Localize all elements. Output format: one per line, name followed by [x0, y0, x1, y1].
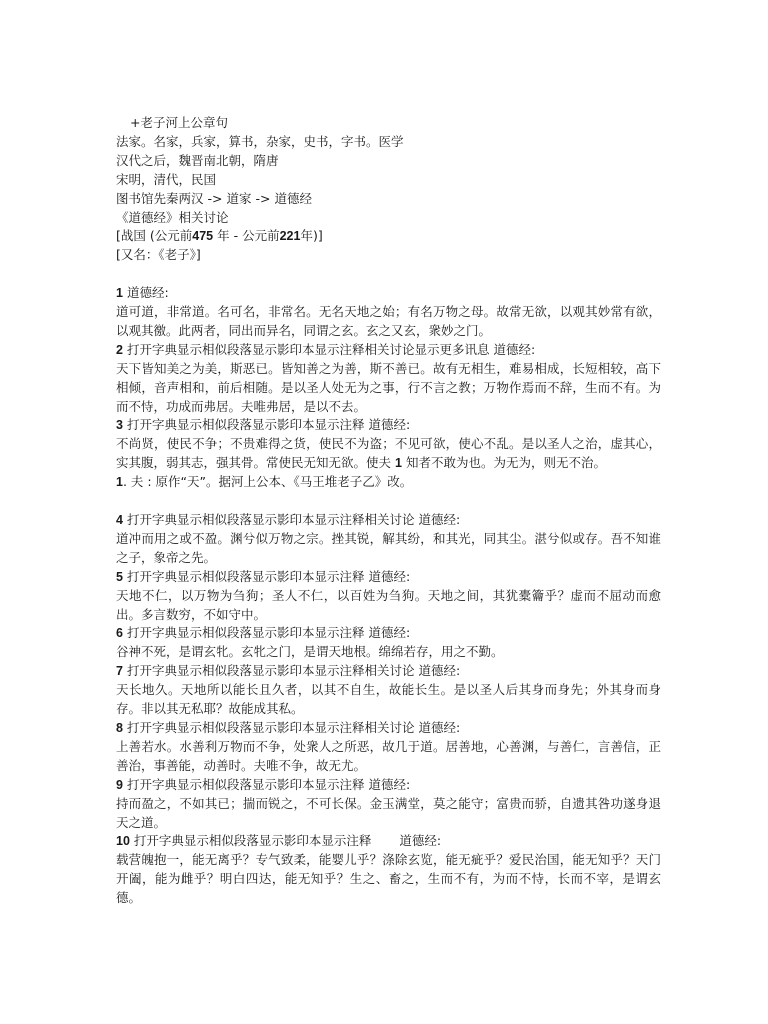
chapter-header: 2 打开字典显示相似段落显示影印本显示注释相关讨论显示更多讯息 道德经:	[116, 341, 661, 360]
chapter-text: 谷神不死，是谓玄牝。玄牝之门，是谓天地根。绵绵若存，用之不勤。	[116, 643, 661, 662]
breadcrumb: 图书馆先秦两汉 -> 道家 -> 道德经	[116, 190, 661, 209]
chapter-source: 道德经:	[368, 569, 410, 584]
period-mid: 年 - 公元前	[217, 228, 279, 243]
period-start-year: 475	[192, 229, 213, 243]
chapter-number: 7	[116, 664, 123, 678]
chapter-source: 道德经:	[368, 777, 410, 792]
footnote-ref[interactable]: 1	[395, 456, 402, 470]
breadcrumb-level1[interactable]: 道家	[226, 191, 251, 206]
breadcrumb-level2[interactable]: 道德经	[274, 191, 312, 206]
chapter-text: 载营魄抱一，能无离乎？专气致柔，能婴儿乎？涤除玄览，能无疵乎？爱民治国，能无知乎…	[116, 851, 661, 908]
alias-info: [又名：《老子》]	[116, 246, 661, 265]
breadcrumb-arrow-icon: ->	[208, 191, 223, 206]
chapter-number: 8	[116, 721, 123, 735]
breadcrumb-arrow-icon: ->	[255, 191, 270, 206]
spacer	[116, 265, 661, 284]
chapter-source: 道德经:	[368, 625, 410, 640]
period-end-year: 221	[280, 229, 301, 243]
chapter-header: 3 打开字典显示相似段落显示影印本显示注释 道德经:	[116, 416, 661, 435]
chapter-text: 不尚贤，使民不争；不贵难得之货，使民不为盗；不见可欲，使心不乱。是以圣人之治，虚…	[116, 435, 661, 473]
chapter-source: 道德经:	[418, 720, 460, 735]
chapter-actions[interactable]: 打开字典显示相似段落显示影印本显示注释相关讨论	[127, 663, 415, 678]
chapter-actions[interactable]: 打开字典显示相似段落显示影印本显示注释	[127, 417, 365, 432]
chapter-number: 6	[116, 626, 123, 640]
spacer	[116, 492, 661, 511]
chapter-header: 1 道德经:	[116, 284, 661, 303]
chapter-text: 道冲而用之或不盈。渊兮似万物之宗。挫其锐，解其纷，和其光，同其尘。湛兮似或存。吾…	[116, 530, 661, 568]
chapter-number: 10	[116, 834, 130, 848]
chapter-text: 道可道，非常道。名可名，非常名。无名天地之始；有名万物之母。故常无欲，以观其妙常…	[116, 303, 661, 341]
footnote: 1. 夫 : 原作“天”。据河上公本、《马王堆老子乙》改。	[116, 473, 661, 492]
chapter-header: 6 打开字典显示相似段落显示影印本显示注释 道德经:	[116, 624, 661, 643]
chapter-text: 天长地久。天地所以能长且久者，以其不自生，故能长生。是以圣人后其身而身先；外其身…	[116, 681, 661, 719]
chapter-actions[interactable]: 打开字典显示相似段落显示影印本显示注释	[127, 777, 365, 792]
chapter-number: 2	[116, 343, 123, 357]
chapter-actions[interactable]: 打开字典显示相似段落显示影印本显示注释	[134, 833, 372, 848]
chapter-actions[interactable]: 打开字典显示相似段落显示影印本显示注释相关讨论	[127, 720, 415, 735]
chapter-actions[interactable]: 打开字典显示相似段落显示影印本显示注释	[127, 625, 365, 640]
footnote-text: . 夫 : 原作“天”。据河上公本、《马王堆老子乙》改。	[123, 474, 412, 489]
chapter-source: 道德经:	[493, 342, 535, 357]
chapter-header: 8 打开字典显示相似段落显示影印本显示注释相关讨论 道德经:	[116, 719, 661, 738]
discussion-link[interactable]: 《道德经》相关讨论	[116, 209, 661, 228]
period-open: (公元前	[150, 228, 192, 243]
book-title: +老子河上公章句	[116, 114, 661, 133]
chapter-text: 上善若水。水善利万物而不争，处衆人之所恶，故几于道。居善地，心善渊，与善仁，言善…	[116, 738, 661, 776]
chapter-actions[interactable]: 打开字典显示相似段落显示影印本显示注释	[127, 569, 365, 584]
chapter-source: 道德经:	[368, 417, 410, 432]
document-page: +老子河上公章句 法家。名家，兵家，算书，杂家，史书，字书。医学 汉代之后，魏晋…	[116, 114, 661, 908]
category-links[interactable]: 法家。名家，兵家，算书，杂家，史书，字书。医学	[116, 133, 661, 152]
chapter-source: 道德经:	[399, 833, 441, 848]
chapter-text-part: 知者不敢为也。为无为，则无不治。	[406, 455, 606, 470]
chapter-number: 3	[116, 418, 123, 432]
chapter-source: 道德经:	[127, 285, 169, 300]
chapter-header: 7 打开字典显示相似段落显示影印本显示注释相关讨论 道德经:	[116, 662, 661, 681]
chapter-actions[interactable]: 打开字典显示相似段落显示影印本显示注释相关讨论	[127, 512, 415, 527]
chapter-header: 4 打开字典显示相似段落显示影印本显示注释相关讨论 道德经:	[116, 511, 661, 530]
chapter-text: 持而盈之，不如其已；揣而锐之，不可长保。金玉满堂，莫之能守；富贵而骄，自遗其咎功…	[116, 795, 661, 833]
chapter-text: 天下皆知美之为美，斯恶已。皆知善之为善，斯不善已。故有无相生，难易相成，长短相较…	[116, 360, 661, 417]
footnote-number: 1	[116, 475, 123, 489]
era-links-2[interactable]: 宋明，清代，民国	[116, 171, 661, 190]
chapter-header: 10 打开字典显示相似段落显示影印本显示注释 道德经:	[116, 832, 661, 851]
chapter-header: 9 打开字典显示相似段落显示影印本显示注释 道德经:	[116, 776, 661, 795]
era-links-1[interactable]: 汉代之后，魏晋南北朝，隋唐	[116, 152, 661, 171]
chapter-number: 4	[116, 513, 123, 527]
chapter-header: 5 打开字典显示相似段落显示影印本显示注释 道德经:	[116, 568, 661, 587]
breadcrumb-root[interactable]: 图书馆先秦两汉	[116, 191, 204, 206]
period-prefix: [战国	[116, 228, 146, 243]
chapter-number: 1	[116, 286, 123, 300]
period-close: 年)]	[300, 228, 322, 243]
chapter-number: 5	[116, 570, 123, 584]
period-info: [战国 (公元前475 年 - 公元前221年)]	[116, 227, 661, 246]
chapter-text: 天地不仁，以万物为刍狗；圣人不仁，以百姓为刍狗。天地之间，其犹橐籥乎？虚而不屈动…	[116, 587, 661, 625]
chapter-source: 道德经:	[418, 663, 460, 678]
chapter-number: 9	[116, 778, 123, 792]
chapter-source: 道德经:	[418, 512, 460, 527]
chapter-actions[interactable]: 打开字典显示相似段落显示影印本显示注释相关讨论显示更多讯息	[127, 342, 490, 357]
